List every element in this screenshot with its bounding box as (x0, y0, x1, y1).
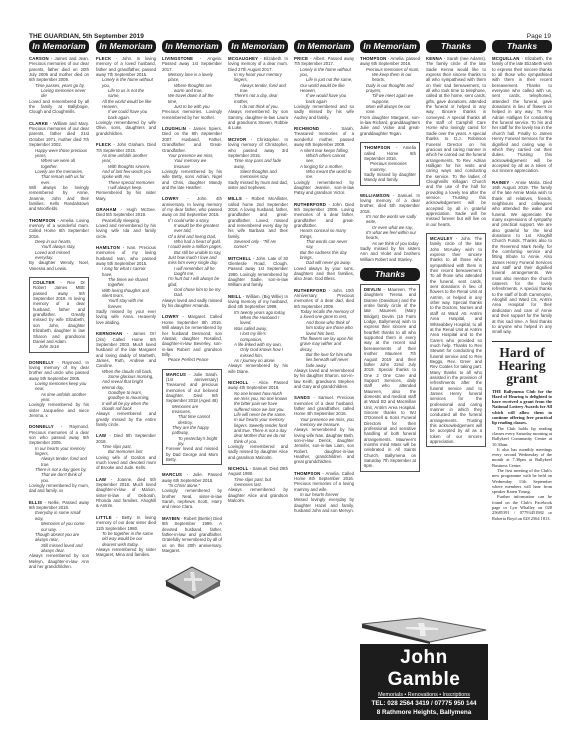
notice-signoff: Loved always by your sons, daughters and… (294, 266, 354, 282)
verse-line: In my heart your memory lingers, (234, 72, 288, 83)
notice-richmond: RICHMOND - Sarah. Treasured memories of … (294, 126, 354, 195)
notice-signoff: Sadly missed by mum and dad, sister and … (228, 180, 288, 191)
verse-line: Loving memories keep you near, (35, 381, 89, 392)
notice-name: RUTHERFORD (294, 288, 326, 293)
notice-verse: To be together in the same old way would… (96, 531, 156, 547)
notice-verse: Hearts conceal so many things,That words… (294, 228, 354, 265)
thanks-header: Thanks (492, 40, 552, 53)
verse-line: As time unfolds another year. (35, 392, 89, 403)
verse-line: That time cannot destroy. (172, 414, 218, 425)
verse-line: And reveal that bright eternal day, (102, 379, 156, 390)
notice-verse: Your presence we miss,Your memory we tre… (162, 153, 222, 169)
verse-line: That remain with us for ever. (35, 174, 89, 185)
verse-line: As time unfolds another year, (102, 153, 156, 164)
verse-line: Memories are treasures, (172, 404, 218, 415)
notice-name: LIVINGSTONE (162, 56, 193, 61)
notice-carson: CARSON - James and Jean. Precious memori… (29, 56, 89, 115)
advert-address: 8 Rathmore Heights, Ballymena (362, 708, 486, 717)
verse-line: Time slips past, but memories last. (234, 477, 288, 488)
notice-verse: A silent tear keeps falling,Which others… (294, 148, 354, 180)
verse-line: The times we shared together, (102, 277, 156, 288)
notice-verse: No one knows how much we miss you, No on… (228, 391, 288, 444)
notice-verse: When the clouds roll back,Some glorious … (96, 369, 156, 412)
notice-mcgaughey: MCGAUGHEY - Elizabeth. In loving memory … (228, 56, 288, 131)
verse-line: Life to us is not the same, (102, 88, 156, 99)
notice-sands: SANDS - Samuel. Precious memories of a d… (294, 395, 354, 464)
notice-name: LOWRY (162, 196, 179, 201)
notice-nicholl: NICHOLL - Alice. Passed away 4th Septemb… (228, 380, 288, 460)
notice-loughlin: LOUGHLIN - James Spiers. Died on the 8th… (162, 126, 222, 190)
notice-name: MCIVOR (228, 137, 246, 142)
notice-name: LITTLE (96, 515, 112, 520)
notice-name: MARCUS (166, 372, 186, 377)
verse-line: Lonely is the home without you, (300, 67, 354, 78)
notice-mills: MILLS - Robert McAllister, called home 2… (228, 196, 288, 249)
notice-name: FLECK (96, 142, 111, 147)
verse-line: Today recalls the memory of a loved one … (300, 309, 354, 320)
in-memoriam-header: In Memoriam (228, 40, 288, 53)
verse-line: All the world would be like Heaven, (102, 99, 156, 110)
verse-line: Peace Perfect Peace (168, 357, 222, 362)
verse-line: You'll stay with me forever. (102, 298, 156, 309)
notice-kernohan: KERNOHAN - James Orr (Jim) Called Home 6… (96, 331, 156, 427)
verse-line: Goodbye to tears, goodbye to mourning, (102, 390, 156, 401)
verse-line: When we were all together. (35, 158, 89, 169)
verse-line: That words can never say, (300, 239, 354, 250)
notice-verse: John 3v16 (33, 344, 85, 349)
verse-line: Mum will always be our rose. (366, 104, 420, 115)
verse-line: Which others cannot see, (300, 153, 354, 164)
notice-name: MCGAUGHEY (228, 56, 258, 61)
notice-signoff: Lovingly remembered and sadly missed by … (228, 444, 288, 460)
notice-text: - Robert McAllister, called home 2nd Sep… (228, 196, 288, 238)
notice-maybin: MAYBIN - Robert (Bertie) Died 8th Septem… (162, 516, 222, 553)
thanks-header: Thanks (360, 268, 420, 281)
verse-line: Though absent you are always near, (35, 532, 89, 543)
verse-line: Hearts conceal so many things, (300, 228, 354, 239)
notice-name: LOUGHLIN (162, 126, 186, 131)
notice-rainey: RAINEY - Annie Maria. Died 16th August 2… (492, 180, 552, 335)
notice-mcquillan: MCQUILLAN - Elizabeth, the family of the… (492, 56, 552, 174)
notice-signoff: Remembered by his sister Mary. (96, 190, 156, 201)
verse-line: I long for what I cannot have, (102, 266, 156, 277)
column-2: In Memoriam FLECK - John. In loving memo… (96, 40, 156, 564)
notice-signoff: Sadly missed by his sisters Ann and Viol… (360, 246, 420, 262)
notice-signoff: From daughter Margaret, son-in-law Richa… (360, 115, 420, 136)
verse-line: That we don't think of you. (35, 472, 89, 483)
verse-line: To yesterday's bright joy. (172, 436, 218, 447)
notice-verse: If I could write a story,It would be the… (162, 218, 222, 298)
verse-line: I could write a million pages, (168, 244, 222, 249)
verse-line: If we could have you back again. (102, 109, 156, 120)
notice-fleck: FLECK - John Graham. Died 7th September … (96, 142, 156, 201)
notice-name: NICHOLL (228, 466, 249, 471)
notice-signoff: Lovingly remembered by his wife Betty, s… (162, 169, 222, 190)
verse-line: Your memory we treasure (168, 158, 222, 169)
verse-line: To be together in the same old way would… (102, 531, 156, 547)
notice-name: FLECK (96, 56, 111, 61)
notice-verse: Memories are treasures,That time cannot … (166, 404, 218, 447)
verse-line: If we would have you back again (300, 93, 354, 104)
notice-signoff: Always remembered by his loving wife Nan… (294, 427, 354, 464)
verse-line: And those who think of him today are tho… (300, 320, 354, 336)
notice-verse: Everyday in some small way,Memories of y… (29, 510, 89, 553)
notice-signoff: Always remembered by son Sammy, daughter… (228, 109, 288, 130)
notice-verse: Happy were those precious years,When we … (29, 148, 89, 185)
notice-williamson: WILLIAMSON - Samuel. In loving memory of… (360, 193, 420, 262)
verse-line: Still missed loved and always dear. (35, 543, 89, 554)
notice-thompson: THOMPSON - Amelia called Home 6th Septem… (360, 142, 420, 185)
notice-text: - John. The family circle of the late Jo… (430, 236, 482, 444)
notice-verse: As time unfolds another year,With though… (96, 153, 156, 190)
in-memoriam-header: In Memoriam (96, 40, 156, 53)
in-memoriam-header: In Memoriam (162, 40, 222, 53)
notice-name: RICHMOND (294, 126, 319, 131)
notice-clarke: CLARKE - William and Mary. Precious memo… (29, 121, 89, 212)
notice-verse: It's not the words we sadly write,Or eve… (360, 214, 420, 246)
notice-signoff: Lovingly remembered by his sister Jacque… (29, 402, 89, 418)
notice-verse: Severed only - 'Till He comes" (228, 239, 288, 250)
notice-ellis: ELLIS - Nellie, Passed away 6th Septembe… (29, 500, 89, 569)
notice-name: COULTER (33, 280, 55, 285)
notice-signoff: Lovingly remembered and so sadly missed … (294, 104, 354, 120)
notice-name: HAMILTON (96, 245, 120, 250)
notice-signoff: Always remembered by his wife Diane. (228, 363, 288, 374)
publication-dateline: THE GUARDIAN, 5th September 2019 (29, 33, 144, 40)
notice-name: SANDS (294, 395, 310, 400)
notice-signoff: By daughter Wendy, Noel, Vanessa and Lew… (29, 260, 89, 271)
notice-name: LAW (96, 433, 106, 438)
divider (492, 341, 552, 342)
news-paragraph: The first meeting of the Club's new prog… (492, 468, 552, 494)
advert-phone: TEL: 028 2564 3419 / 07775 950 144 (362, 699, 486, 708)
notice-signoff: Always remembered by daughter Alice and … (228, 487, 288, 503)
notice-name: MCAULEY (430, 236, 453, 241)
notice-marcus: MARCUS - Julie Sarah. (1st anniversary) … (162, 369, 222, 466)
verse-line: Our world would be like Heaven, (300, 83, 354, 94)
john-gamble-advert[interactable]: John Gamble Memorials • Renovations • In… (360, 644, 488, 720)
verse-line: There's not a day, dear mother, (234, 93, 288, 104)
notice-text: - James Orr (Jim) Called Home 6th Septem… (96, 331, 156, 368)
notice-signoff: Loved and remembered by all the family a… (29, 99, 89, 115)
notice-name: MCQUILLAN (492, 56, 520, 61)
verse-line: Only God knows how I missed him, (234, 347, 288, 358)
thanks-header: Thanks (426, 40, 486, 53)
verse-line: The flowers we lay upon his grave may wi… (300, 336, 354, 352)
news-headline: Hard of Hearing grant (492, 346, 552, 385)
verse-line: Time may pass and fade away, (234, 158, 288, 169)
notice-verse: Time slips past,But memories last (96, 444, 156, 455)
column-8: Thanks MCQUILLAN - Elizabeth, the family… (492, 40, 552, 521)
notice-signoff: Sadly missed by your ever loving wife An… (96, 309, 156, 325)
notice-text: - Elizabeth, the family of the late Eliz… (492, 56, 552, 173)
notice-name: RAINEY (492, 180, 509, 185)
column-1: In Memoriam CARSON - James and Jean. Pre… (29, 40, 89, 575)
notice-coulter: COULTER - Rev Dr Robert James MBE passed… (29, 277, 89, 352)
notice-text: - Sarah (nee Adams). The family circle o… (426, 56, 486, 227)
notice-name: WILLIAMSON (360, 193, 390, 198)
notice-verse: Today recalls the memory of a loved one … (294, 309, 354, 368)
notice-verse: I long for what I cannot have,The times … (96, 266, 156, 309)
notice-verse: It's twenty years ago today,When the Hus… (228, 310, 288, 363)
advert-name: John Gamble (362, 647, 486, 691)
verse-line: Happy were those precious years, (35, 148, 89, 159)
news-body: THE Ballymena Club for the Hard of Heari… (492, 389, 552, 521)
notice-kenna: KENNA - Sarah (nee Adams). The family ci… (426, 56, 486, 227)
verse-line: It would be the greatest ever told, (168, 223, 222, 234)
verse-line: Just how much I love and miss him every … (168, 255, 222, 266)
page-number: Page 19 (527, 33, 551, 40)
verse-line: Your presence we miss, you memory we tre… (300, 417, 354, 428)
verse-line: We travel down it all the time, (168, 93, 222, 104)
notice-verse: Peace Perfect Peace (162, 357, 222, 362)
notice-fleck: FLECK - John. In loving memory of a love… (96, 56, 156, 136)
verse-line: I'm hurt but I will always be glad, (168, 276, 222, 287)
notice-devlin: DEVLIN - Maureen. The daughters Teresa a… (360, 284, 420, 472)
notice-name: THOMPSON (294, 471, 320, 476)
notice-text: - Annie Maria. Died 16th August 2019. Th… (492, 180, 552, 335)
notice-price: PRICE - Albert. Passed away 7th Septembe… (294, 56, 354, 120)
verse-line: It's not the words we sadly write, (366, 214, 420, 225)
notice-donnelly: DONNELLY - Raymond. In loving memory of … (29, 360, 89, 419)
column-3: In Memoriam LIVINGSTONE - Angela. Passed… (162, 40, 222, 599)
notice-verse: Your presence we miss, you memory we tre… (294, 417, 354, 428)
notice-lowry: LOWRY - Margaret. Called Home September … (162, 314, 222, 362)
verse-line: And of last few words you spoke with me, (102, 169, 156, 180)
verse-line: Always tender, fond and true. (35, 456, 89, 467)
notice-verse: Time may pass and fade away,Silent thoug… (228, 158, 288, 179)
notice-name: KERNOHAN (96, 331, 122, 336)
notice-text: - John. Late of 30 Glenleslie Road, Clou… (228, 256, 288, 288)
notice-name: CLARKE (29, 121, 48, 126)
notice-signoff: Lovingly remembered by wife Olive, sons,… (96, 120, 156, 136)
masthead: THE GUARDIAN, 5th September 2019 Page 19 (29, 28, 551, 40)
notice-signoff: Always loved and sadly missed by his dau… (162, 298, 222, 309)
notice-verse: Lonely is the home without you,Life is j… (294, 67, 354, 104)
column-6: In Memoriam THOMPSON - Amelia. passed aw… (360, 40, 420, 479)
verse-line: Everyday in some small way, (35, 510, 89, 521)
notice-name: LOWRY (162, 314, 179, 319)
verse-line: It will all be joy when the clouds roll … (102, 401, 156, 412)
notice-text: - Margaret. Called Home September 8th 20… (162, 314, 222, 356)
verse-line: But the sadness this day brings, (300, 250, 354, 261)
notice-name: DONNELLY (29, 360, 54, 365)
notice-signoff: Precious memories. Lovingly remembered b… (162, 109, 222, 120)
notice-lowry: LOWRY - John. 4th anniversary. In loving… (162, 196, 222, 308)
notice-livingstone: LIVINGSTONE - Angela. Passed away 1st Se… (162, 56, 222, 120)
notice-signoff: Lovingly remembered by brother Neal, sis… (162, 488, 222, 509)
notice-name: THOMPSON (360, 56, 386, 61)
notice-verse: In our hearts your memory lingers,Always… (29, 446, 89, 483)
notice-thompson: THOMPSON - Amelia. Called Home 6th Septe… (294, 471, 354, 514)
notice-text: - Julie Sarah. (1st anniversary) Treasur… (166, 372, 218, 404)
notice-text: - Rev Dr Robert James MBE passed away 5t… (33, 280, 85, 344)
notice-rutherford: RUTHERFORD - John. Died 6th September 20… (294, 202, 354, 282)
verse-line: Precious memories mammy. (370, 161, 416, 172)
notice-marcus: MARCUS - Julie. Passed away 6th Septembe… (162, 472, 222, 509)
notice-name: MILLS (228, 196, 242, 201)
notice-name: MARCUS (162, 472, 182, 477)
notice-verse: Loving memories keep you near,As time un… (29, 381, 89, 402)
notice-verse: Deep in our hearts,You'll always stay,Lo… (29, 239, 89, 260)
news-paragraph: The Club holds lip reading classes every… (492, 426, 552, 447)
verse-line: Daily in our thoughts and prayers, (366, 83, 420, 94)
verse-line: When the Husband I loved, (234, 315, 288, 326)
notice-name: MITCHELL (228, 256, 251, 261)
verse-line: Loving memories never die (35, 88, 89, 99)
notice-signoff: Lovingly remembered by daughter Jeannie,… (294, 180, 354, 196)
notice-mcauley: MCAULEY - John. The family circle of the… (426, 233, 486, 447)
verse-line: But the love for him who lies beneath wi… (300, 352, 354, 368)
notice-signoff: Sadly missed by daughter Mandy and famil… (364, 172, 416, 183)
verse-line: Silent thoughts and memories stay (234, 169, 288, 180)
notice-name: THOMPSON (364, 145, 390, 150)
notice-name: KENNA (426, 56, 442, 61)
in-memoriam-header: In Memoriam (360, 40, 420, 53)
news-lead: THE Ballymena Club for the Hard of Heari… (492, 389, 552, 426)
verse-line: They are the happy pathway, (172, 425, 218, 436)
verse-line: Lonely is the home without you, (102, 77, 156, 88)
verse-line: It's what we feel within our hearts, (366, 230, 420, 241)
notice-signoff: Loving wife of Gordon and much loved and… (96, 455, 156, 471)
advert-block: John Gamble Memorials • Renovations • In… (360, 616, 488, 720)
bible-cross-icon (162, 559, 222, 599)
verse-line: Where thoughts are warm and true, (168, 83, 222, 94)
notice-nicholl: NICHOLL - Samuel. Died 29th August 1990.… (228, 466, 288, 503)
notice-signoff: Loved and remembered by his loving wife … (96, 223, 156, 239)
verse-line: Memory lane is a lovely place, (168, 72, 222, 83)
verse-line: Always tender, fond and true. (234, 83, 288, 94)
verse-line: With loving thoughts and silent tears, (102, 288, 156, 299)
notice-verse: Precious memories mammy. (364, 161, 416, 172)
notice-name: RUTHERFORD (294, 202, 326, 207)
verse-line: Who meant the world to me. (300, 169, 354, 180)
notice-name: ELLIS (29, 500, 42, 505)
verse-line: I lost my life's companion, (234, 331, 288, 342)
notice-verse: Time slips past, but memories last. (228, 477, 288, 488)
verse-line: These special memories I will always kee… (102, 180, 156, 191)
notice-verse: Memory lane is a lovely place,Where thou… (162, 72, 222, 109)
verse-line: God chose him to be my Dad. (168, 287, 222, 298)
notice-signoff: Always remembered by son Melvyn, daughte… (29, 553, 89, 569)
notice-mitchell: MITCHELL - John. Late of 30 Glenleslie R… (228, 256, 288, 288)
verse-line: Memories of you come our way. (35, 521, 89, 532)
notice-law: LAW - Died 5th September 2018.Time slips… (96, 433, 156, 470)
notice-signoff: Always remembered by sister Margaret, Mi… (96, 547, 156, 558)
in-memoriam-header: In Memoriam (29, 40, 89, 53)
notice-donnelly: DONNELLY - Raymond. Precious memories of… (29, 424, 89, 493)
notice-thompson: THOMPSON - Amelia. Loving memory of a wo… (29, 218, 89, 271)
in-memoriam-header: In Memoriam (294, 40, 354, 53)
notice-name: PRICE (294, 56, 308, 61)
verse-line: No one knows how much we miss you, No on… (234, 391, 288, 444)
notice-signoff: Always loved and remembered by his daugh… (294, 368, 354, 389)
column-4: In Memoriam MCGAUGHEY - Elizabeth. In lo… (228, 40, 288, 509)
notice-signoff: Always remembered and greatly missed by … (96, 411, 156, 427)
notice-signoff: Forever loved and missed by Dad George a… (166, 446, 218, 462)
notice-name: THOMPSON (29, 218, 55, 223)
news-paragraph: It also has monthly meetings every secon… (492, 447, 552, 468)
verse-line: Life is just not the same, (300, 77, 354, 82)
book-icon (360, 616, 488, 644)
notice-name: NEILL (228, 294, 241, 299)
notice-graham: GRAHAM - Hugh McGee. Died 5th September … (96, 207, 156, 239)
verse-line: Till we meet again we suppose, (366, 93, 420, 104)
notice-verse: Time passes, years go by,Loving memories… (29, 83, 89, 99)
notice-name: LAW (96, 477, 106, 482)
verse-line: John 3v16 (39, 344, 85, 349)
notice-little: LITTLE - Betty. In loving memory of our … (96, 515, 156, 558)
column-5: In Memoriam PRICE - Albert. Passed away … (294, 40, 354, 520)
verse-line: We keep them in our hearts, (366, 72, 420, 83)
verse-line: In our hearts your memory lingers, (35, 446, 89, 457)
notice-verse: In my heart your memory lingers,Always t… (228, 72, 288, 109)
notice-name: NICHOLL (228, 380, 249, 385)
notice-rutherford: RUTHERFORD - John. 10th Anniversary. Pre… (294, 288, 354, 390)
notice-thompson: THOMPSON - Amelia. passed away 6th Septe… (360, 56, 420, 136)
notice-mcivor: MCIVOR - Christopher. In loving memory o… (228, 137, 288, 190)
notice-name: CARSON (29, 56, 49, 61)
notice-law: LAW - Joanne, died 5th September 2018. M… (96, 477, 156, 509)
verse-line: Severed only - 'Till He comes" (234, 239, 288, 250)
notice-text: - Maureen. The daughters Teresa and Dian… (364, 287, 416, 468)
news-paragraph: Further information can be found on the … (492, 494, 552, 520)
advert-services: Memorials • Renovations • Inscriptions (362, 691, 486, 699)
notice-signoff: Lovingly remembered by mum, dad and fami… (29, 483, 89, 494)
notice-name: DEVLIN (364, 287, 381, 292)
notice-neill: NEILL - William. (Big Willie) In loving … (228, 294, 288, 374)
verse-line: Loved and missed everyday. (35, 250, 89, 261)
column-7: Thanks KENNA - Sarah (nee Adams). The fa… (426, 40, 486, 454)
verse-line: I will remember all he taught me, (168, 266, 222, 277)
notice-hamilton: HAMILTON - Ivan. Precious memories of my… (96, 245, 156, 325)
notice-name: MAYBIN (162, 516, 180, 521)
verse-line: Dad will never go away. (300, 260, 354, 265)
notice-text: - Joanne, died 5th September 2018. Much … (96, 477, 156, 509)
notice-name: DONNELLY (29, 424, 54, 429)
notice-text: - Robert (Bertie) Died 8th September 199… (162, 516, 222, 553)
notice-signoff: Missed lovingly everyday by daughter Haz… (294, 497, 354, 513)
notice-signoff: Will always be lovingly remembered by An… (29, 185, 89, 212)
notice-verse: Lonely is the home without you,Life to u… (96, 77, 156, 120)
notice-name: GRAHAM (96, 207, 117, 212)
notice-verse: Precious memories of mum,We keep them in… (360, 67, 420, 115)
